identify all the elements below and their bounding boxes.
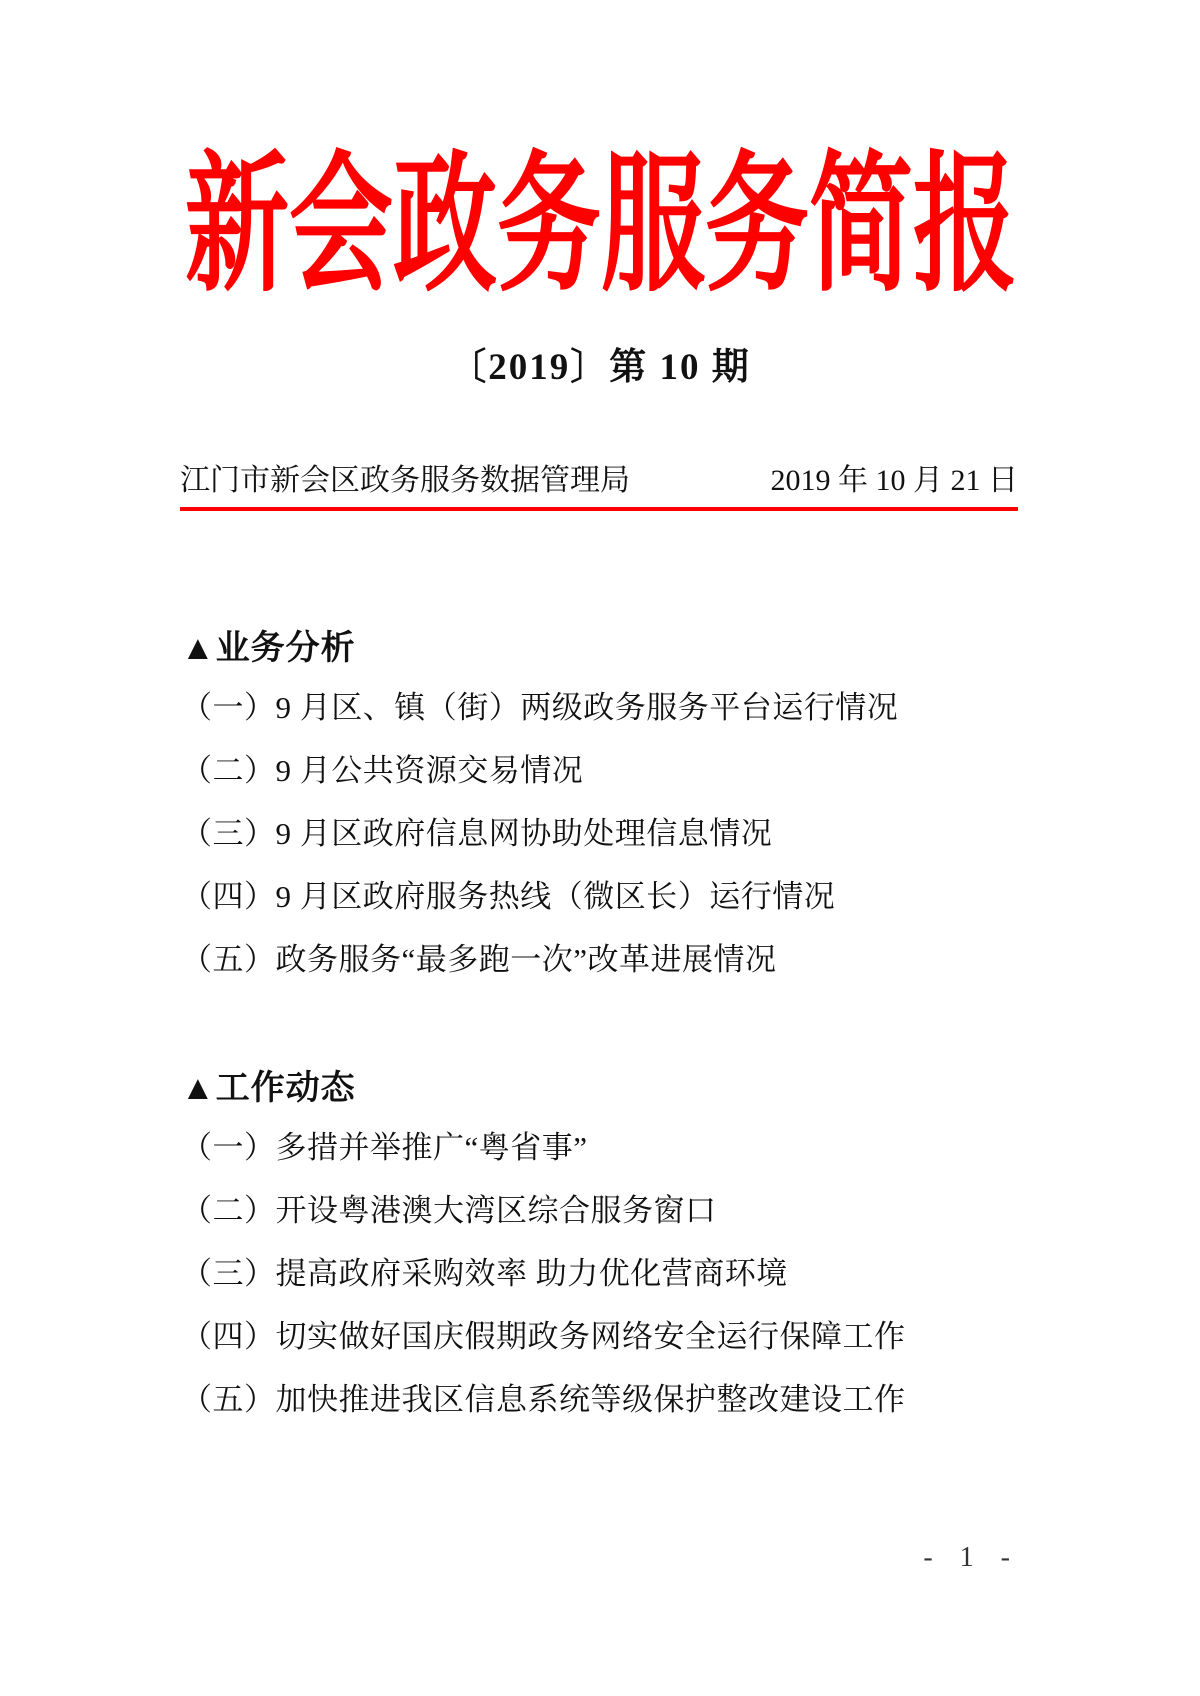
- toc-item: （五）加快推进我区信息系统等级保护整改建设工作: [181, 1383, 1041, 1416]
- toc-item: （一）9 月区、镇（街）两级政务服务平台运行情况: [181, 691, 1041, 724]
- issue-date: 2019 年 10 月 21 日: [771, 462, 1019, 500]
- section-work-news: ▲工作动态 （一）多措并举推广“粤省事” （二）开设粤港澳大湾区综合服务窗口 （…: [181, 1068, 1041, 1446]
- section-header-work-news: ▲工作动态: [181, 1068, 1041, 1108]
- toc-item: （二）开设粤港澳大湾区综合服务窗口: [181, 1194, 1041, 1227]
- issue-number: 〔2019〕第 10 期: [180, 336, 1020, 390]
- page-number: - 1 -: [923, 1542, 1020, 1574]
- org-date-rule: 江门市新会区政务服务数据管理局 2019 年 10 月 21 日: [180, 462, 1018, 511]
- toc-item: （一）多措并举推广“粤省事”: [181, 1131, 1041, 1164]
- section-business-analysis: ▲业务分析 （一）9 月区、镇（街）两级政务服务平台运行情况 （二）9 月公共资…: [181, 628, 1041, 1006]
- toc-item: （二）9 月公共资源交易情况: [181, 754, 1041, 787]
- toc-item: （四）切实做好国庆假期政务网络安全运行保障工作: [181, 1320, 1041, 1353]
- section-header-business-analysis: ▲业务分析: [181, 628, 1041, 668]
- toc-item: （三）9 月区政府信息网协助处理信息情况: [181, 817, 1041, 850]
- toc-item: （五）政务服务“最多跑一次”改革进展情况: [181, 943, 1041, 976]
- toc-item: （三）提高政府采购效率 助力优化营商环境: [181, 1257, 1041, 1290]
- issuing-organization: 江门市新会区政务服务数据管理局: [180, 462, 630, 500]
- bulletin-page: 新会政务服务简报 〔2019〕第 10 期 江门市新会区政务服务数据管理局 20…: [0, 0, 1200, 1696]
- bulletin-title: 新会政务服务简报: [185, 152, 1017, 303]
- toc-item: （四）9 月区政府服务热线（微区长）运行情况: [181, 880, 1041, 913]
